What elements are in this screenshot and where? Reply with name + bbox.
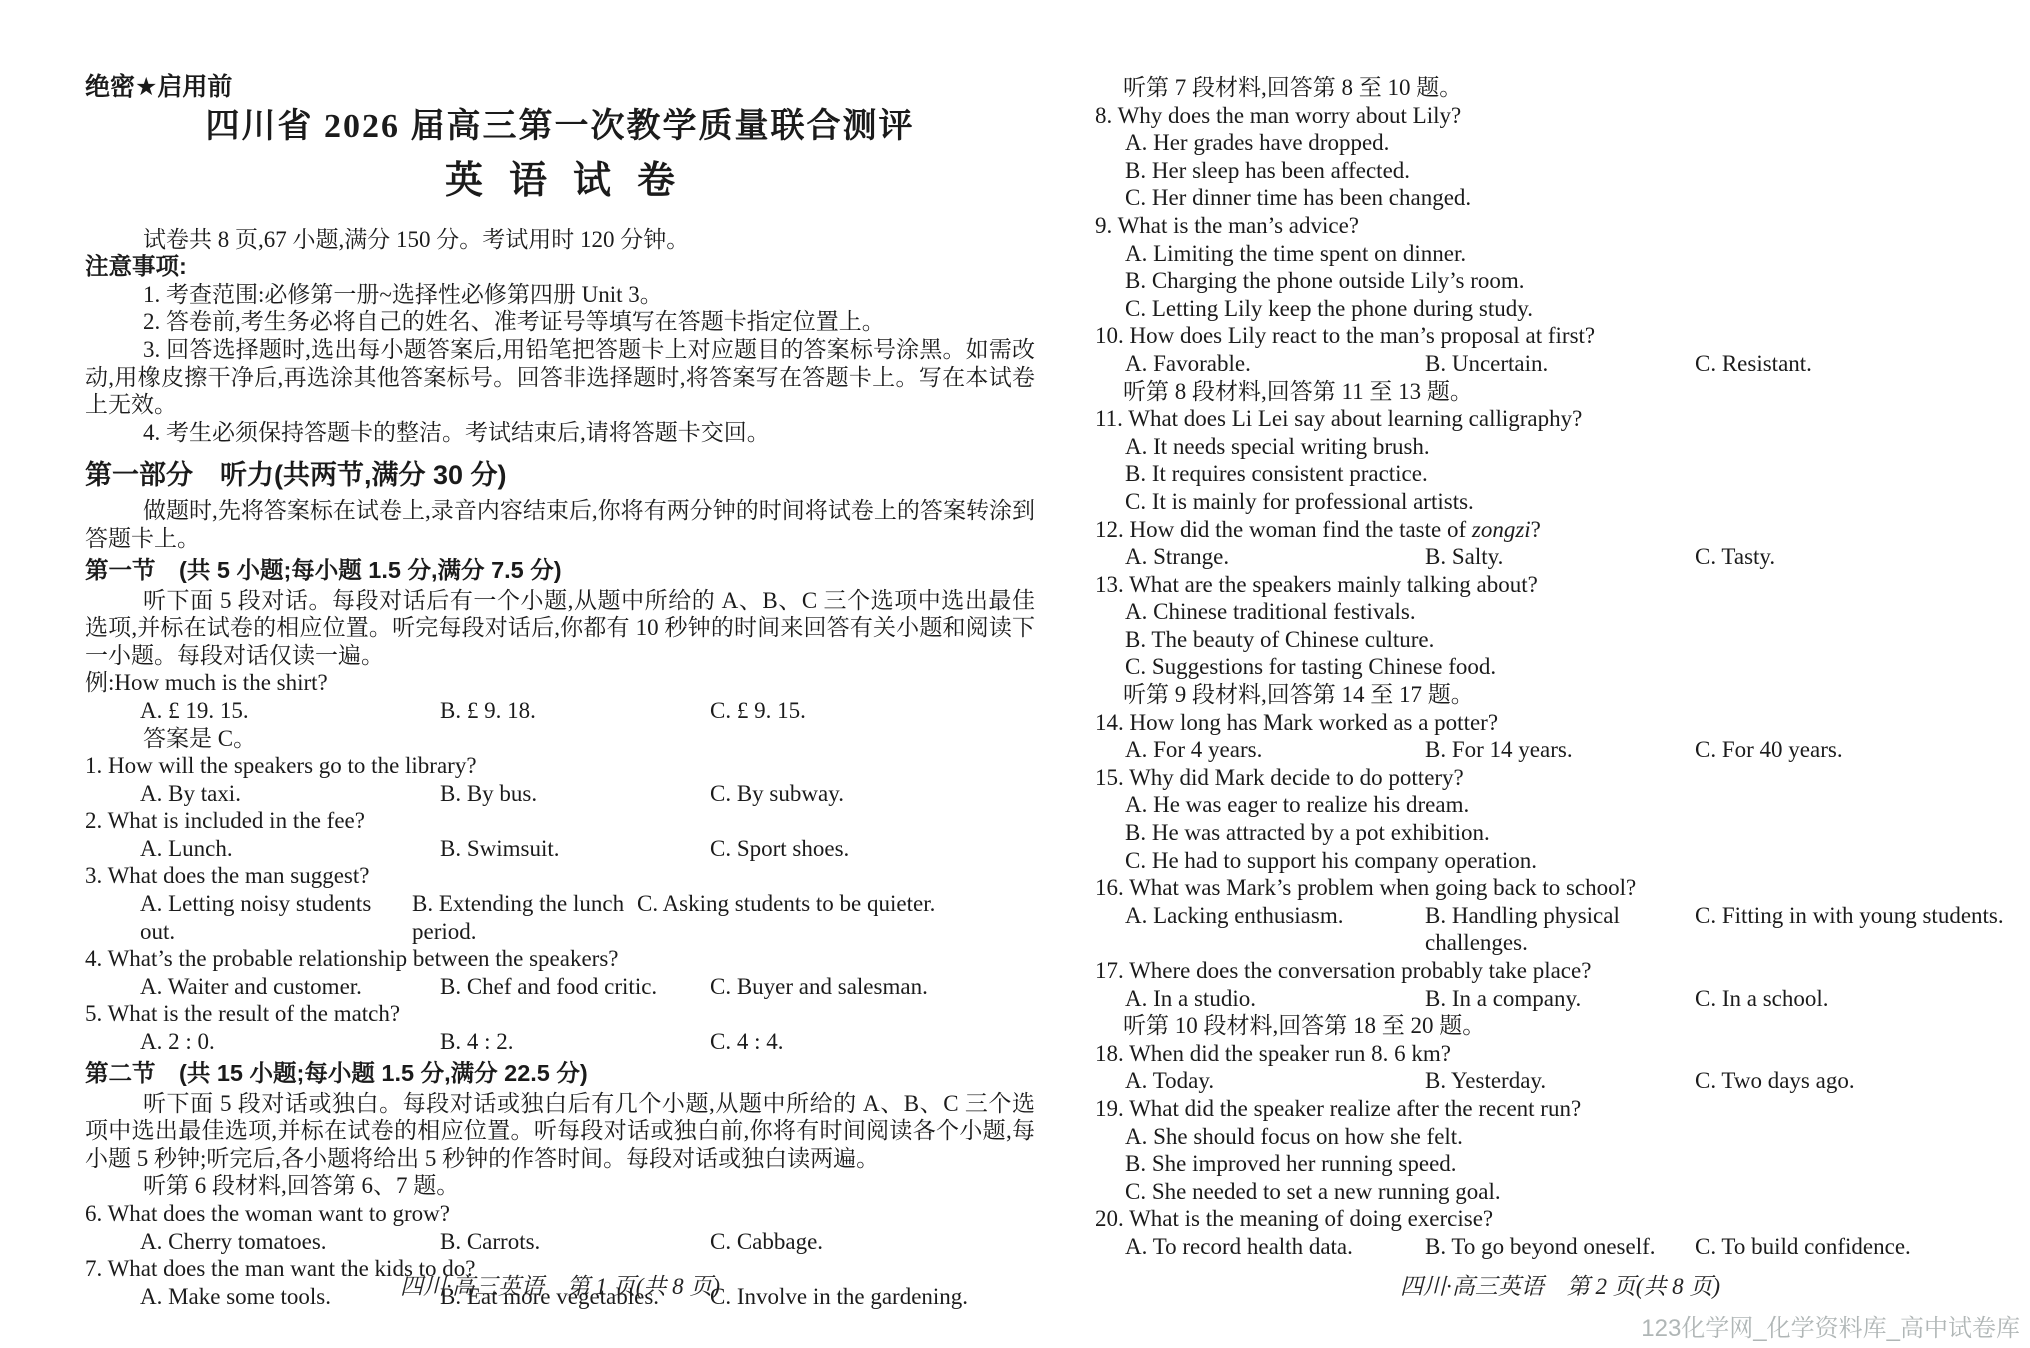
- option-c: C. She needed to set a new running goal.: [1125, 1178, 2025, 1206]
- question-text: 19. What did the speaker realize after t…: [1095, 1095, 2025, 1123]
- question-text: 5. What is the result of the match?: [85, 1000, 1035, 1028]
- option-c: C. Suggestions for tasting Chinese food.: [1125, 653, 2025, 681]
- option-a: A. For 4 years.: [1125, 736, 1425, 764]
- question-15: 15. Why did Mark decide to do pottery? A…: [1095, 764, 2025, 874]
- option-c: C. Sport shoes.: [710, 835, 1035, 863]
- option-a: A. He was eager to realize his dream.: [1125, 791, 2025, 819]
- question-text: 15. Why did Mark decide to do pottery?: [1095, 764, 2025, 792]
- option-a: A. Chinese traditional festivals.: [1125, 598, 2025, 626]
- part1-heading: 第一部分 听力(共两节,满分 30 分): [85, 458, 1035, 492]
- question-text: 13. What are the speakers mainly talking…: [1095, 571, 2025, 599]
- option-b: B. Extending the lunch period.: [412, 890, 637, 945]
- question-2: 2. What is included in the fee? A. Lunch…: [85, 807, 1035, 862]
- question-text: 12. How did the woman find the taste of …: [1095, 516, 2025, 544]
- question-6: 6. What does the woman want to grow? A. …: [85, 1200, 1035, 1255]
- question-11-options: A. It needs special writing brush. B. It…: [1095, 433, 2025, 516]
- question-14-options: A. For 4 years. B. For 14 years. C. For …: [1095, 736, 2025, 764]
- question-text: 17. Where does the conversation probably…: [1095, 957, 2025, 985]
- question-10: 10. How does Lily react to the man’s pro…: [1095, 322, 2025, 377]
- question-text: 11. What does Li Lei say about learning …: [1095, 405, 2025, 433]
- question-text: 8. Why does the man worry about Lily?: [1095, 102, 2025, 130]
- example-answer: 答案是 C。: [85, 725, 1035, 753]
- site-watermark: 123化学网_化学资料库_高中试卷库: [1641, 1308, 2020, 1343]
- question-10-options: A. Favorable. B. Uncertain. C. Resistant…: [1095, 350, 2025, 378]
- option-c: C. To build confidence.: [1695, 1233, 2025, 1261]
- question-16: 16. What was Mark’s problem when going b…: [1095, 874, 2025, 957]
- option-c: C. Two days ago.: [1695, 1067, 2025, 1095]
- question-1-options: A. By taxi. B. By bus. C. By subway.: [85, 780, 1035, 808]
- question-text: 1. How will the speakers go to the libra…: [85, 752, 1035, 780]
- option-c: C. Tasty.: [1695, 543, 2025, 571]
- question-4: 4. What’s the probable relationship betw…: [85, 945, 1035, 1000]
- option-b: B. She improved her running speed.: [1125, 1150, 2025, 1178]
- question-19: 19. What did the speaker realize after t…: [1095, 1095, 2025, 1205]
- question-3-options: A. Letting noisy students out. B. Extend…: [85, 890, 1035, 945]
- example-options: A. £ 19. 15. B. £ 9. 18. C. £ 9. 15.: [85, 697, 1035, 725]
- question-19-options: A. She should focus on how she felt. B. …: [1095, 1123, 2025, 1206]
- material-7-note: 听第 7 段材料,回答第 8 至 10 题。: [1095, 74, 2025, 102]
- option-a: A. 2 : 0.: [140, 1028, 440, 1056]
- option-b: B. Yesterday.: [1425, 1067, 1695, 1095]
- option-c: C. By subway.: [710, 780, 1035, 808]
- part1-intro: 做题时,先将答案标在试卷上,录音内容结束后,你将有两分钟的时间将试卷上的答案转涂…: [85, 497, 1035, 552]
- section1-heading: 第一节 (共 5 小题;每小题 1.5 分,满分 7.5 分): [85, 555, 1035, 585]
- option-c: C. Cabbage.: [710, 1228, 1035, 1256]
- question-2-options: A. Lunch. B. Swimsuit. C. Sport shoes.: [85, 835, 1035, 863]
- option-a: A. By taxi.: [140, 780, 440, 808]
- material-9-note: 听第 9 段材料,回答第 14 至 17 题。: [1095, 681, 2025, 709]
- option-b: B. For 14 years.: [1425, 736, 1695, 764]
- question-18-options: A. Today. B. Yesterday. C. Two days ago.: [1095, 1067, 2025, 1095]
- question-text-post: ?: [1531, 517, 1541, 542]
- page-2-column: 听第 7 段材料,回答第 8 至 10 题。 8. Why does the m…: [1095, 74, 2025, 1261]
- option-c: C. Buyer and salesman.: [710, 973, 1035, 1001]
- option-b: B. Swimsuit.: [440, 835, 710, 863]
- secret-label: 绝密★启用前: [85, 74, 1035, 102]
- question-text: 18. When did the speaker run 8. 6 km?: [1095, 1040, 2025, 1068]
- question-text: 4. What’s the probable relationship betw…: [85, 945, 1035, 973]
- option-c: C. Letting Lily keep the phone during st…: [1125, 295, 2025, 323]
- question-20: 20. What is the meaning of doing exercis…: [1095, 1205, 2025, 1260]
- question-9: 9. What is the man’s advice? A. Limiting…: [1095, 212, 2025, 322]
- option-b: B. Salty.: [1425, 543, 1695, 571]
- option-a: A. To record health data.: [1125, 1233, 1425, 1261]
- option-c: C. Resistant.: [1695, 350, 2025, 378]
- exam-info: 试卷共 8 页,67 小题,满分 150 分。考试用时 120 分钟。: [85, 226, 1035, 254]
- question-16-options: A. Lacking enthusiasm. B. Handling physi…: [1095, 902, 2025, 957]
- question-5: 5. What is the result of the match? A. 2…: [85, 1000, 1035, 1055]
- question-8-options: A. Her grades have dropped. B. Her sleep…: [1095, 129, 2025, 212]
- option-b: B. Handling physical challenges.: [1425, 902, 1695, 957]
- notice-2: 2. 答卷前,考生务必将自己的姓名、准考证号等填写在答题卡指定位置上。: [85, 308, 1035, 336]
- option-b: B. Carrots.: [440, 1228, 710, 1256]
- question-5-options: A. 2 : 0. B. 4 : 2. C. 4 : 4.: [85, 1028, 1035, 1056]
- option-c: C. In a school.: [1695, 985, 2025, 1013]
- notice-4: 4. 考生必须保持答题卡的整洁。考试结束后,请将答题卡交回。: [85, 419, 1035, 447]
- option-a: A. Favorable.: [1125, 350, 1425, 378]
- option-c: C. Her dinner time has been changed.: [1125, 184, 2025, 212]
- section1-intro: 听下面 5 段对话。每段对话后有一个小题,从题中所给的 A、B、C 三个选项中选…: [85, 587, 1035, 670]
- material-10-note: 听第 10 段材料,回答第 18 至 20 题。: [1095, 1012, 2025, 1040]
- option-a: A. She should focus on how she felt.: [1125, 1123, 2025, 1151]
- question-3: 3. What does the man suggest? A. Letting…: [85, 862, 1035, 945]
- option-a: A. Letting noisy students out.: [140, 890, 412, 945]
- question-1: 1. How will the speakers go to the libra…: [85, 752, 1035, 807]
- exam-subtitle: 英语试卷: [85, 158, 1035, 204]
- question-4-options: A. Waiter and customer. B. Chef and food…: [85, 973, 1035, 1001]
- option-c: C. 4 : 4.: [710, 1028, 1035, 1056]
- option-b: B. Her sleep has been affected.: [1125, 157, 2025, 185]
- notice-heading: 注意事项:: [85, 253, 1035, 281]
- question-12: 12. How did the woman find the taste of …: [1095, 516, 2025, 571]
- example-question: 例:How much is the shirt?: [85, 669, 1035, 697]
- question-6-options: A. Cherry tomatoes. B. Carrots. C. Cabba…: [85, 1228, 1035, 1256]
- section2-heading: 第二节 (共 15 小题;每小题 1.5 分,满分 22.5 分): [85, 1058, 1035, 1088]
- option-c: C. Asking students to be quieter.: [637, 890, 1035, 945]
- option-b: B. By bus.: [440, 780, 710, 808]
- question-18: 18. When did the speaker run 8. 6 km? A.…: [1095, 1040, 2025, 1095]
- option-b: B. He was attracted by a pot exhibition.: [1125, 819, 2025, 847]
- page-1-footer: 四川·高三英语 第 1 页(共 8 页): [85, 1268, 1035, 1301]
- question-text-pre: 12. How did the woman find the taste of: [1095, 517, 1472, 542]
- material-6-note: 听第 6 段材料,回答第 6、7 题。: [85, 1172, 1035, 1200]
- question-11: 11. What does Li Lei say about learning …: [1095, 405, 2025, 515]
- page-2-footer: 四川·高三英语 第 2 页(共 8 页): [1095, 1268, 2025, 1301]
- question-15-options: A. He was eager to realize his dream. B.…: [1095, 791, 2025, 874]
- option-b: B. In a company.: [1425, 985, 1695, 1013]
- option-a: A. £ 19. 15.: [140, 697, 440, 725]
- option-c: C. Fitting in with young students.: [1695, 902, 2025, 957]
- question-13: 13. What are the speakers mainly talking…: [1095, 571, 2025, 681]
- option-b: B. 4 : 2.: [440, 1028, 710, 1056]
- option-c: C. It is mainly for professional artists…: [1125, 488, 2025, 516]
- option-a: A. Her grades have dropped.: [1125, 129, 2025, 157]
- option-a: A. Lacking enthusiasm.: [1125, 902, 1425, 957]
- question-text: 10. How does Lily react to the man’s pro…: [1095, 322, 2025, 350]
- material-8-note: 听第 8 段材料,回答第 11 至 13 题。: [1095, 378, 2025, 406]
- option-c: C. For 40 years.: [1695, 736, 2025, 764]
- option-a: A. Limiting the time spent on dinner.: [1125, 240, 2025, 268]
- option-b: B. Chef and food critic.: [440, 973, 710, 1001]
- option-b: B. Charging the phone outside Lily’s roo…: [1125, 267, 2025, 295]
- option-a: A. Cherry tomatoes.: [140, 1228, 440, 1256]
- question-8: 8. Why does the man worry about Lily? A.…: [1095, 102, 2025, 212]
- question-13-options: A. Chinese traditional festivals. B. The…: [1095, 598, 2025, 681]
- option-c: C. He had to support his company operati…: [1125, 847, 2025, 875]
- question-17-options: A. In a studio. B. In a company. C. In a…: [1095, 985, 2025, 1013]
- option-b: B. Uncertain.: [1425, 350, 1695, 378]
- option-a: A. Strange.: [1125, 543, 1425, 571]
- question-text: 16. What was Mark’s problem when going b…: [1095, 874, 2025, 902]
- question-text: 6. What does the woman want to grow?: [85, 1200, 1035, 1228]
- question-text: 14. How long has Mark worked as a potter…: [1095, 709, 2025, 737]
- option-a: A. Lunch.: [140, 835, 440, 863]
- question-text-italic: zongzi: [1472, 517, 1531, 542]
- page-1-column: 绝密★启用前 四川省 2026 届高三第一次教学质量联合测评 英语试卷 试卷共 …: [85, 74, 1035, 1310]
- question-20-options: A. To record health data. B. To go beyon…: [1095, 1233, 2025, 1261]
- option-b: B. The beauty of Chinese culture.: [1125, 626, 2025, 654]
- question-17: 17. Where does the conversation probably…: [1095, 957, 2025, 1012]
- option-a: A. It needs special writing brush.: [1125, 433, 2025, 461]
- question-9-options: A. Limiting the time spent on dinner. B.…: [1095, 240, 2025, 323]
- option-c: C. £ 9. 15.: [710, 697, 1035, 725]
- question-text: 9. What is the man’s advice?: [1095, 212, 2025, 240]
- question-12-options: A. Strange. B. Salty. C. Tasty.: [1095, 543, 2025, 571]
- option-a: A. In a studio.: [1125, 985, 1425, 1013]
- option-b: B. It requires consistent practice.: [1125, 460, 2025, 488]
- option-b: B. To go beyond oneself.: [1425, 1233, 1695, 1261]
- question-text: 3. What does the man suggest?: [85, 862, 1035, 890]
- option-b: B. £ 9. 18.: [440, 697, 710, 725]
- option-a: A. Waiter and customer.: [140, 973, 440, 1001]
- section2-intro: 听下面 5 段对话或独白。每段对话或独白后有几个小题,从题中所给的 A、B、C …: [85, 1090, 1035, 1173]
- notice-1: 1. 考查范围:必修第一册~选择性必修第四册 Unit 3。: [85, 281, 1035, 309]
- exam-title: 四川省 2026 届高三第一次教学质量联合测评: [85, 106, 1035, 148]
- question-14: 14. How long has Mark worked as a potter…: [1095, 709, 2025, 764]
- question-text: 2. What is included in the fee?: [85, 807, 1035, 835]
- question-text: 20. What is the meaning of doing exercis…: [1095, 1205, 2025, 1233]
- option-a: A. Today.: [1125, 1067, 1425, 1095]
- notice-3: 3. 回答选择题时,选出每小题答案后,用铅笔把答题卡上对应题目的答案标号涂黑。如…: [85, 336, 1035, 419]
